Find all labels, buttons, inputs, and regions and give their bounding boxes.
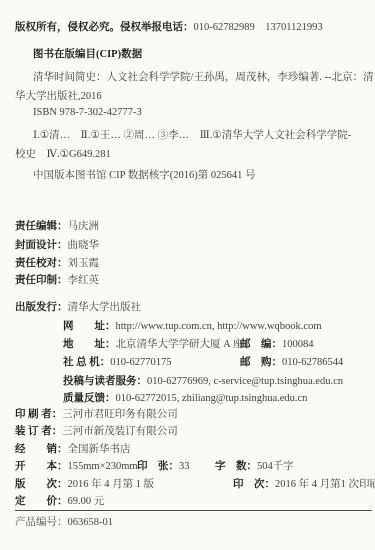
edition-label: 版 次： <box>15 479 68 490</box>
price-line: 定 价：69.00 元 <box>15 495 104 508</box>
postcode-label: 邮 编： <box>240 339 282 350</box>
copyright-notice: 版权所有，侵权必究。 <box>15 22 120 33</box>
word-count-cell: 字 数：504千字 <box>215 460 294 473</box>
report-phone-numbers: 010-62782989 13701121993 <box>194 22 323 33</box>
cip-entry-line-1: 清华时间简史：人文社会科学学院/王孙禺，周茂林，李珍编著. --北京：清 <box>33 71 374 84</box>
format-value: 155mm×230mm <box>68 461 138 472</box>
print-supervisor-name: 李红英 <box>68 275 100 286</box>
cip-record-number-line: 中国版本图书馆 CIP 数据核字(2016)第 025641 号 <box>33 169 255 182</box>
edition-value: 2016 年 4 月第 1 版 <box>68 479 155 490</box>
book-copyright-page: 版权所有，侵权必究。侵权举报电话：010-62782989 1370112199… <box>0 0 375 550</box>
managing-editor-line: 责任编辑：马庆洲 <box>15 220 99 233</box>
distributor-line: 经 销：全国新华书店 <box>15 443 131 456</box>
address-line: 地 址：北京清华大学学研大厦 A 座 邮 编：100084 <box>0 338 375 351</box>
reader-service-line: 投稿与读者服务：010-62776969, c-service@tup.tsin… <box>63 375 343 388</box>
format-line: 开 本：155mm×230mm 印 张：33 字 数：504千字 <box>0 460 375 473</box>
mail-order-number: 010-62786544 <box>282 357 343 368</box>
cip-classification-line-1: Ⅰ.①清… Ⅱ.①王… ②周… ③李… Ⅲ.①清华大学人文社会科学学院- <box>33 129 351 142</box>
publisher-line: 出版发行：清华大学出版社 <box>15 301 141 314</box>
cover-designer-name: 曲晓华 <box>68 240 100 251</box>
word-count-label: 字 数： <box>215 461 257 472</box>
switchboard-label: 社 总 机： <box>63 357 110 368</box>
proofreader-label: 责任校对： <box>15 258 68 269</box>
cip-classification-line-2: 校史 Ⅳ.①G649.281 <box>15 148 111 161</box>
format-label: 开 本： <box>15 461 68 472</box>
switchboard-line: 社 总 机：010-62770175 邮 购：010-62786544 <box>0 356 375 369</box>
website-line: 网 址：http://www.tup.com.cn, http://www.wq… <box>63 320 322 333</box>
proofreader-name: 刘玉霞 <box>68 258 100 269</box>
impression-cell: 印 次：2016 年 4 月第1 次印刷 <box>233 478 375 491</box>
reader-service-contact: 010-62776969, c-service@tup.tsinghua.edu… <box>147 376 343 387</box>
copyright-notice-line: 版权所有，侵权必究。侵权举报电话：010-62782989 1370112199… <box>15 21 323 34</box>
address-cell: 地 址：北京清华大学学研大厦 A 座 <box>63 338 243 351</box>
binder-line: 装 订 者：三河市新茂装订有限公司 <box>15 425 178 438</box>
postcode-cell: 邮 编：100084 <box>240 338 314 351</box>
mail-order-label: 邮 购： <box>240 357 282 368</box>
website-urls: http://www.tup.com.cn, http://www.wqbook… <box>116 321 322 332</box>
divider-rule <box>15 510 372 511</box>
isbn-line: ISBN 978-7-302-42777-3 <box>33 106 142 119</box>
distributor-name: 全国新华书店 <box>68 444 131 455</box>
cip-entry-line-2: 华大学出版社,2016 <box>15 90 102 103</box>
edition-line: 版 次：2016 年 4 月第 1 版 印 次：2016 年 4 月第1 次印刷 <box>0 478 375 491</box>
cip-heading: 图书在版编目(CIP)数据 <box>33 48 142 61</box>
switchboard-cell: 社 总 机：010-62770175 <box>63 356 172 369</box>
proofreader-line: 责任校对：刘玉霞 <box>15 257 99 270</box>
managing-editor-name: 马庆洲 <box>68 221 100 232</box>
printer-name: 三河市君旺印务有限公司 <box>62 409 178 420</box>
format-cell: 开 本：155mm×230mm <box>15 460 138 473</box>
managing-editor-label: 责任编辑： <box>15 221 68 232</box>
quality-feedback-line: 质量反馈：010-62772015, zhiliang@tup.tsinghua… <box>63 392 307 405</box>
quality-feedback-contact: 010-62772015, zhiliang@tup.tsinghua.edu.… <box>116 393 308 404</box>
binder-label: 装 订 者： <box>15 426 62 437</box>
publisher-label: 出版发行： <box>15 302 68 313</box>
impression-value: 2016 年 4 月第1 次印刷 <box>275 479 375 490</box>
print-supervisor-label: 责任印制： <box>15 275 68 286</box>
report-phone-label: 侵权举报电话： <box>120 22 194 33</box>
product-number-value: 063658-01 <box>68 517 114 528</box>
binder-name: 三河市新茂装订有限公司 <box>62 426 178 437</box>
website-label: 网 址： <box>63 321 116 332</box>
reader-service-label: 投稿与读者服务： <box>63 376 147 387</box>
sheets-label: 印 张： <box>137 461 179 472</box>
edition-cell: 版 次：2016 年 4 月第 1 版 <box>15 478 154 491</box>
switchboard-number: 010-62770175 <box>110 357 171 368</box>
distributor-label: 经 销： <box>15 444 68 455</box>
product-number-line: 产品编号：063658-01 <box>15 516 113 529</box>
publisher-name: 清华大学出版社 <box>68 302 142 313</box>
quality-feedback-label: 质量反馈： <box>63 393 116 404</box>
word-count-value: 504千字 <box>257 461 294 472</box>
product-number-label: 产品编号： <box>15 517 68 528</box>
mail-order-cell: 邮 购：010-62786544 <box>240 356 343 369</box>
impression-label: 印 次： <box>233 479 275 490</box>
price-label: 定 价： <box>15 496 68 507</box>
sheets-value: 33 <box>179 461 190 472</box>
cover-designer-line: 封面设计：曲晓华 <box>15 239 99 252</box>
address-label: 地 址： <box>63 339 116 350</box>
address-value: 北京清华大学学研大厦 A 座 <box>116 339 244 350</box>
print-supervisor-line: 责任印制：李红英 <box>15 274 99 287</box>
sheets-cell: 印 张：33 <box>137 460 190 473</box>
price-value: 69.00 元 <box>68 496 105 507</box>
postcode-value: 100084 <box>282 339 314 350</box>
printer-label: 印 刷 者： <box>15 409 62 420</box>
printer-line: 印 刷 者：三河市君旺印务有限公司 <box>15 408 178 421</box>
cover-designer-label: 封面设计： <box>15 240 68 251</box>
